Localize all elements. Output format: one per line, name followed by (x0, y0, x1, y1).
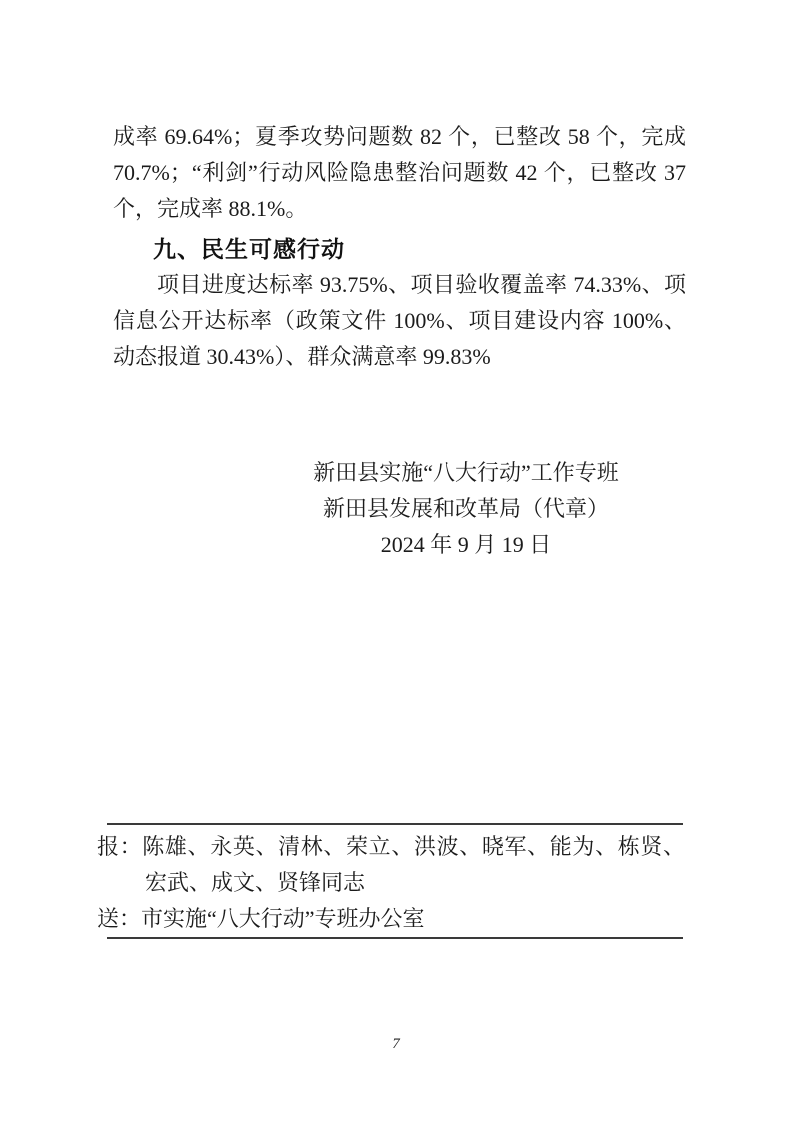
body-line: 成率 69.64%；夏季攻势问题数 82 个，已整改 58 个，完成率 (113, 119, 686, 155)
page-number: 7 (392, 1036, 400, 1053)
body-line: 70.7%；“利剑”行动风险隐患整治问题数 42 个，已整改 37 (113, 155, 686, 191)
signature-org-line: 新田县实施“八大行动”工作专班 (313, 455, 619, 491)
distribution-body: 报：陈雄、永英、清林、荣立、洪波、晓军、能为、栋贤、 宏武、成文、贤锋同志 送：… (97, 825, 685, 937)
signature-date-line: 2024 年 9 月 19 日 (381, 527, 552, 563)
body-line: 信息公开达标率（政策文件 100%、项目建设内容 100%、新闻 (113, 303, 686, 339)
section-heading: 九、民生可感行动 (113, 231, 686, 267)
body-line: 动态报道 30.43%）、群众满意率 99.83% (113, 339, 686, 375)
distribution-bottom-rule (107, 937, 683, 939)
main-text-block: 成率 69.64%；夏季攻势问题数 82 个，已整改 58 个，完成率 70.7… (113, 119, 686, 375)
report-to-line: 报：陈雄、永英、清林、荣立、洪波、晓军、能为、栋贤、 (97, 829, 685, 865)
body-line: 个，完成率 88.1%。 (113, 191, 686, 227)
body-line: 项目进度达标率 93.75%、项目验收覆盖率 74.33%、项目 (113, 267, 686, 303)
document-page: 成率 69.64%；夏季攻势问题数 82 个，已整改 58 个，完成率 70.7… (0, 0, 793, 1122)
distribution-block: 报：陈雄、永英、清林、荣立、洪波、晓军、能为、栋贤、 宏武、成文、贤锋同志 送：… (97, 823, 685, 939)
send-to-line: 送：市实施“八大行动”专班办公室 (97, 901, 685, 937)
report-to-continuation-line: 宏武、成文、贤锋同志 (97, 865, 685, 901)
signature-agency-line: 新田县发展和改革局（代章） (323, 491, 609, 527)
